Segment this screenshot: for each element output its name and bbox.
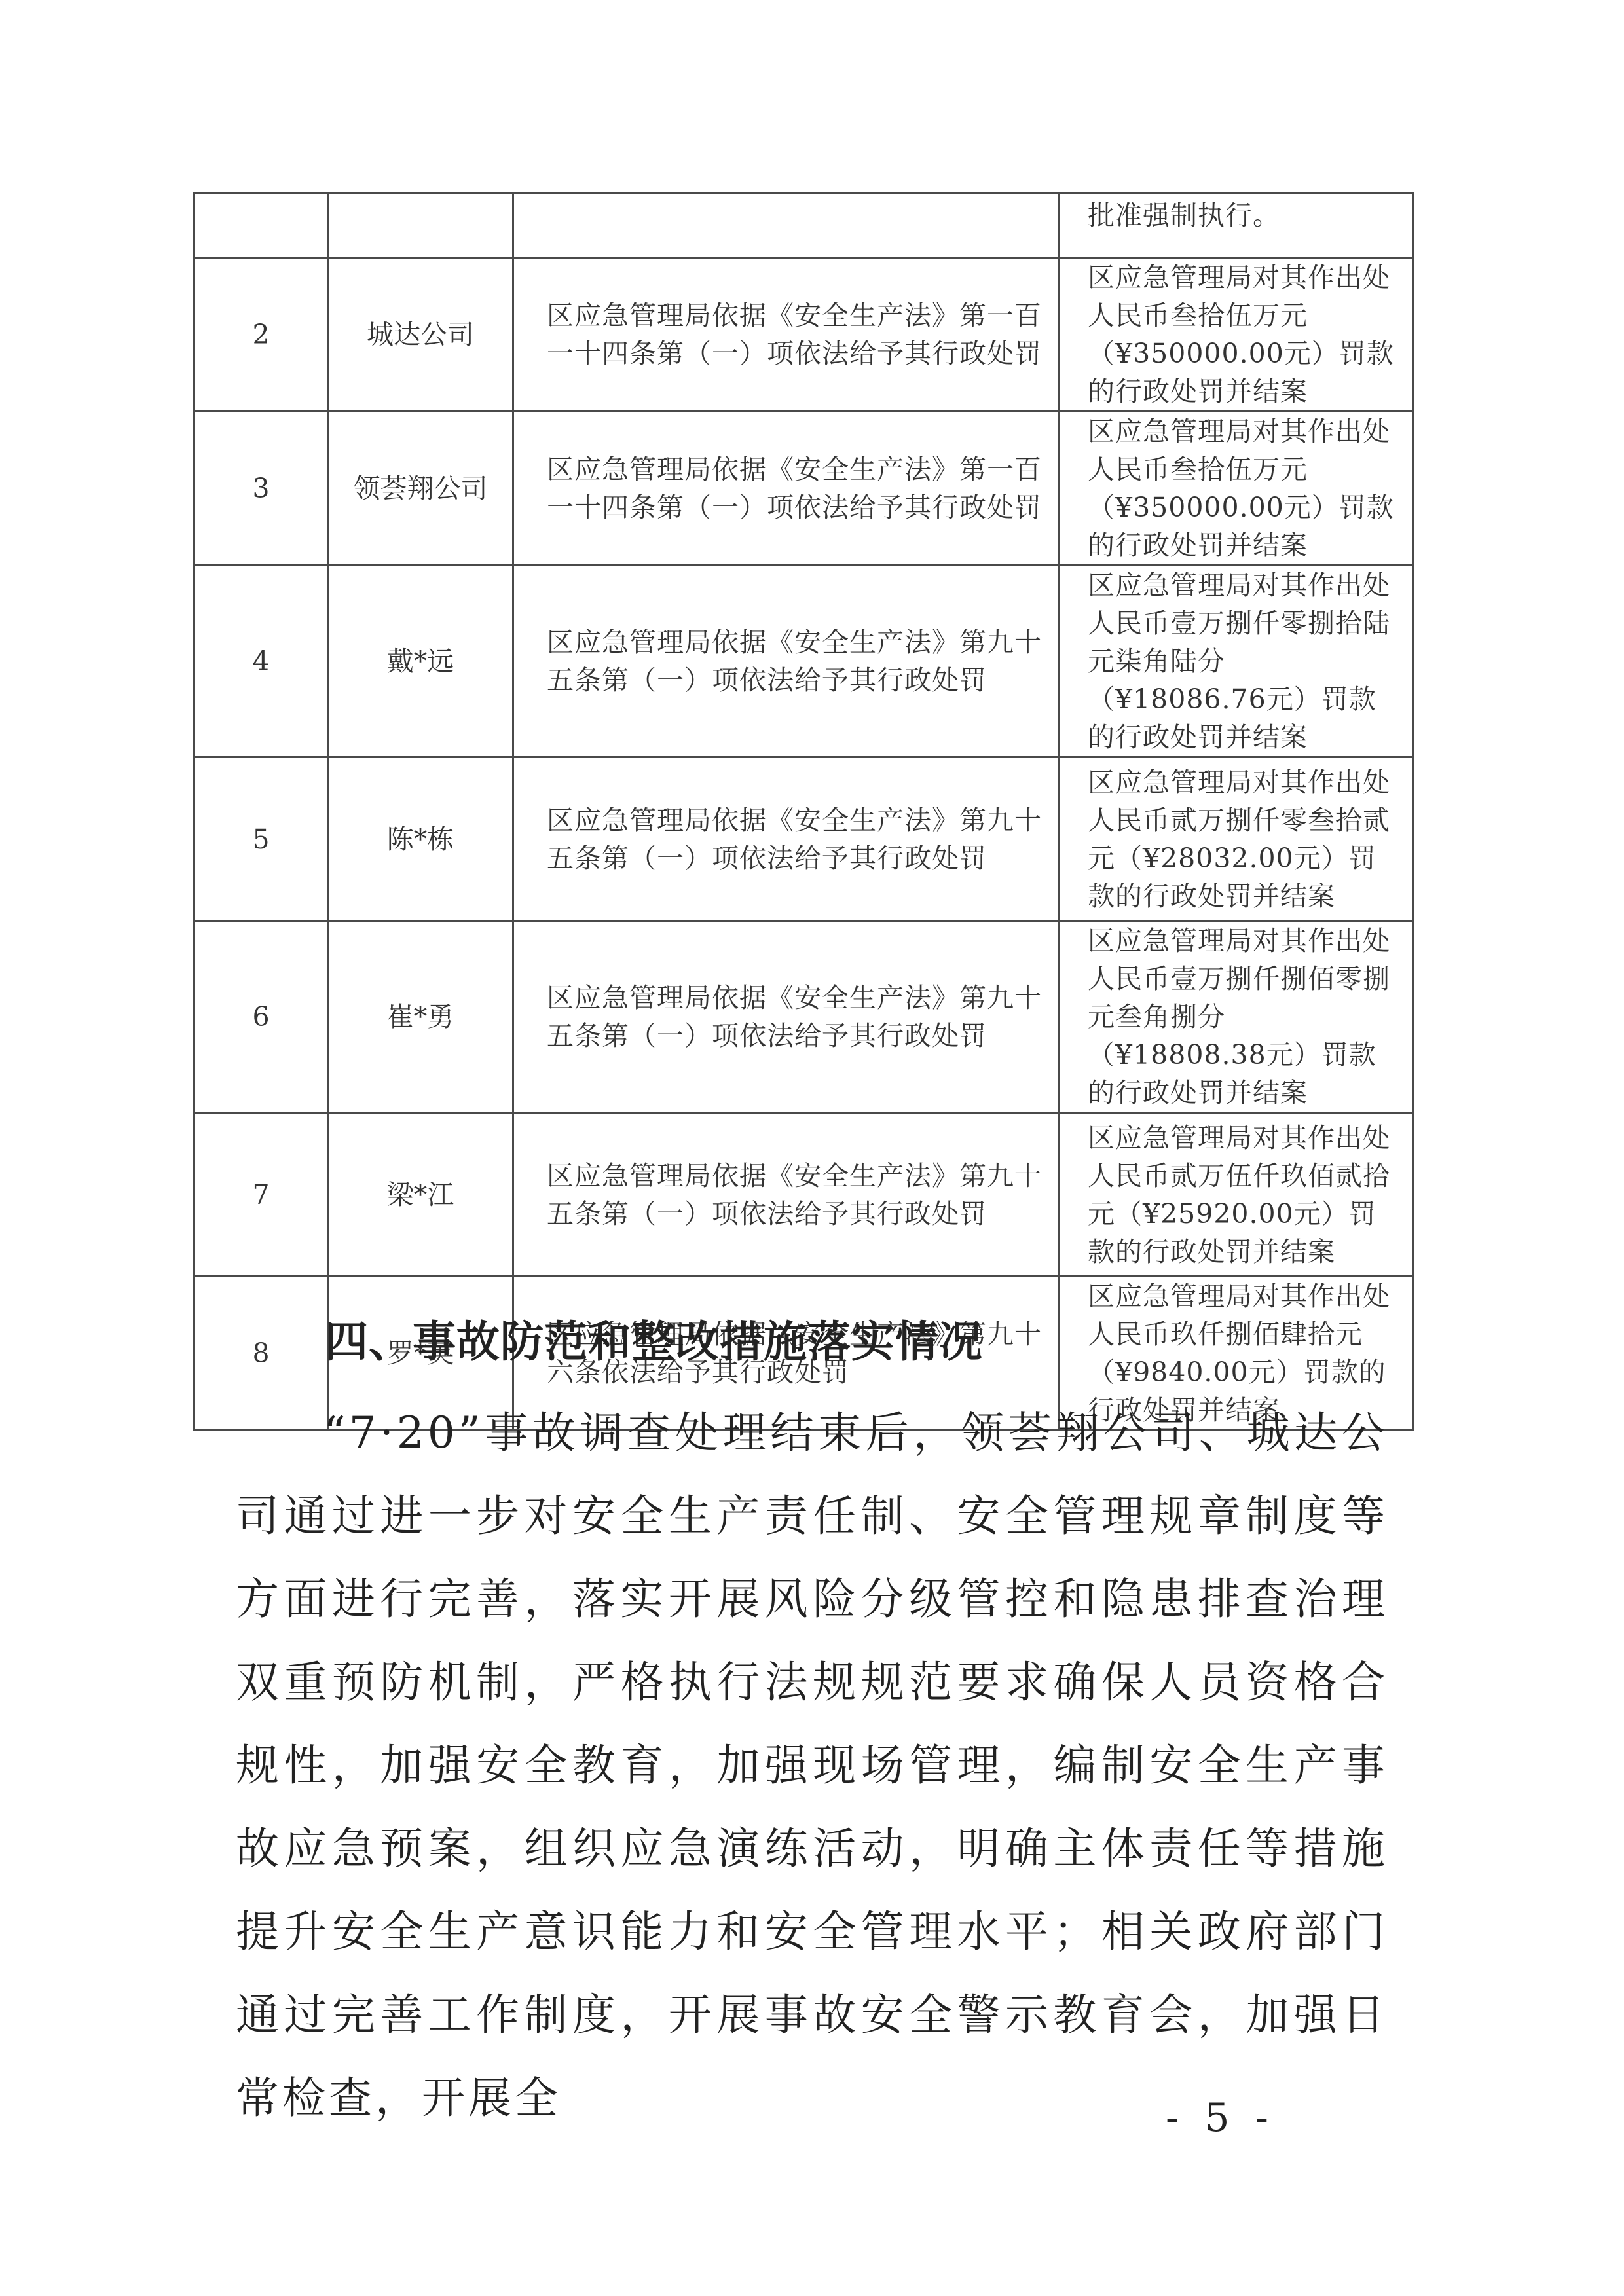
section-heading: 四、事故防范和整改措施落实情况 xyxy=(325,1313,983,1372)
cell-result: 区应急管理局对其作出处人民币叁拾伍万元（¥350000.00元）罚款的行政处罚并… xyxy=(1060,258,1414,412)
cell-result: 区应急管理局对其作出处人民币贰万伍仟玖佰贰拾元（¥25920.00元）罚款的行政… xyxy=(1060,1113,1414,1277)
cell-basis: 区应急管理局依据《安全生产法》第一百一十四条第（一）项依法给予其行政处罚 xyxy=(513,258,1060,412)
cell-no xyxy=(194,193,328,258)
cell-name: 领荟翔公司 xyxy=(328,412,513,566)
cell-no: 2 xyxy=(194,258,328,412)
cell-name: 城达公司 xyxy=(328,258,513,412)
cell-name: 崔*勇 xyxy=(328,921,513,1113)
cell-no: 4 xyxy=(194,566,328,757)
cell-basis: 区应急管理局依据《安全生产法》第九十五条第（一）项依法给予其行政处罚 xyxy=(513,566,1060,757)
cell-no: 5 xyxy=(194,757,328,921)
cell-result: 批准强制执行。 xyxy=(1060,193,1414,258)
cell-basis: 区应急管理局依据《安全生产法》第一百一十四条第（一）项依法给予其行政处罚 xyxy=(513,412,1060,566)
cell-name: 梁*江 xyxy=(328,1113,513,1277)
cell-basis xyxy=(513,193,1060,258)
cell-no: 6 xyxy=(194,921,328,1113)
document-page: 批准强制执行。 2 城达公司 区应急管理局依据《安全生产法》第一百一十四条第（一… xyxy=(0,0,1624,2296)
cell-basis: 区应急管理局依据《安全生产法》第九十五条第（一）项依法给予其行政处罚 xyxy=(513,921,1060,1113)
penalty-table: 批准强制执行。 2 城达公司 区应急管理局依据《安全生产法》第一百一十四条第（一… xyxy=(193,192,1414,1431)
body-paragraph: “7·20”事故调查处理结束后，领荟翔公司、城达公司通过进一步对安全生产责任制、… xyxy=(236,1391,1388,2140)
table-row: 2 城达公司 区应急管理局依据《安全生产法》第一百一十四条第（一）项依法给予其行… xyxy=(194,258,1414,412)
page-number: - 5 - xyxy=(1166,2095,1275,2141)
cell-basis: 区应急管理局依据《安全生产法》第九十五条第（一）项依法给予其行政处罚 xyxy=(513,757,1060,921)
cell-name xyxy=(328,193,513,258)
cell-basis: 区应急管理局依据《安全生产法》第九十五条第（一）项依法给予其行政处罚 xyxy=(513,1113,1060,1277)
table-row: 7 梁*江 区应急管理局依据《安全生产法》第九十五条第（一）项依法给予其行政处罚… xyxy=(194,1113,1414,1277)
cell-no: 3 xyxy=(194,412,328,566)
table-row-continuation: 批准强制执行。 xyxy=(194,193,1414,258)
cell-result: 区应急管理局对其作出处人民币叁拾伍万元（¥350000.00元）罚款的行政处罚并… xyxy=(1060,412,1414,566)
cell-result: 区应急管理局对其作出处人民币壹万捌仟捌佰零捌元叁角捌分（¥18808.38元）罚… xyxy=(1060,921,1414,1113)
cell-no: 7 xyxy=(194,1113,328,1277)
table-row: 6 崔*勇 区应急管理局依据《安全生产法》第九十五条第（一）项依法给予其行政处罚… xyxy=(194,921,1414,1113)
cell-result: 区应急管理局对其作出处人民币贰万捌仟零叁拾贰元（¥28032.00元）罚款的行政… xyxy=(1060,757,1414,921)
table-row: 5 陈*栋 区应急管理局依据《安全生产法》第九十五条第（一）项依法给予其行政处罚… xyxy=(194,757,1414,921)
cell-name: 戴*远 xyxy=(328,566,513,757)
cell-name: 陈*栋 xyxy=(328,757,513,921)
cell-result-text: 批准强制执行。 xyxy=(1088,196,1403,234)
cell-result: 区应急管理局对其作出处人民币壹万捌仟零捌拾陆元柒角陆分（¥18086.76元）罚… xyxy=(1060,566,1414,757)
table-row: 3 领荟翔公司 区应急管理局依据《安全生产法》第一百一十四条第（一）项依法给予其… xyxy=(194,412,1414,566)
table-row: 4 戴*远 区应急管理局依据《安全生产法》第九十五条第（一）项依法给予其行政处罚… xyxy=(194,566,1414,757)
